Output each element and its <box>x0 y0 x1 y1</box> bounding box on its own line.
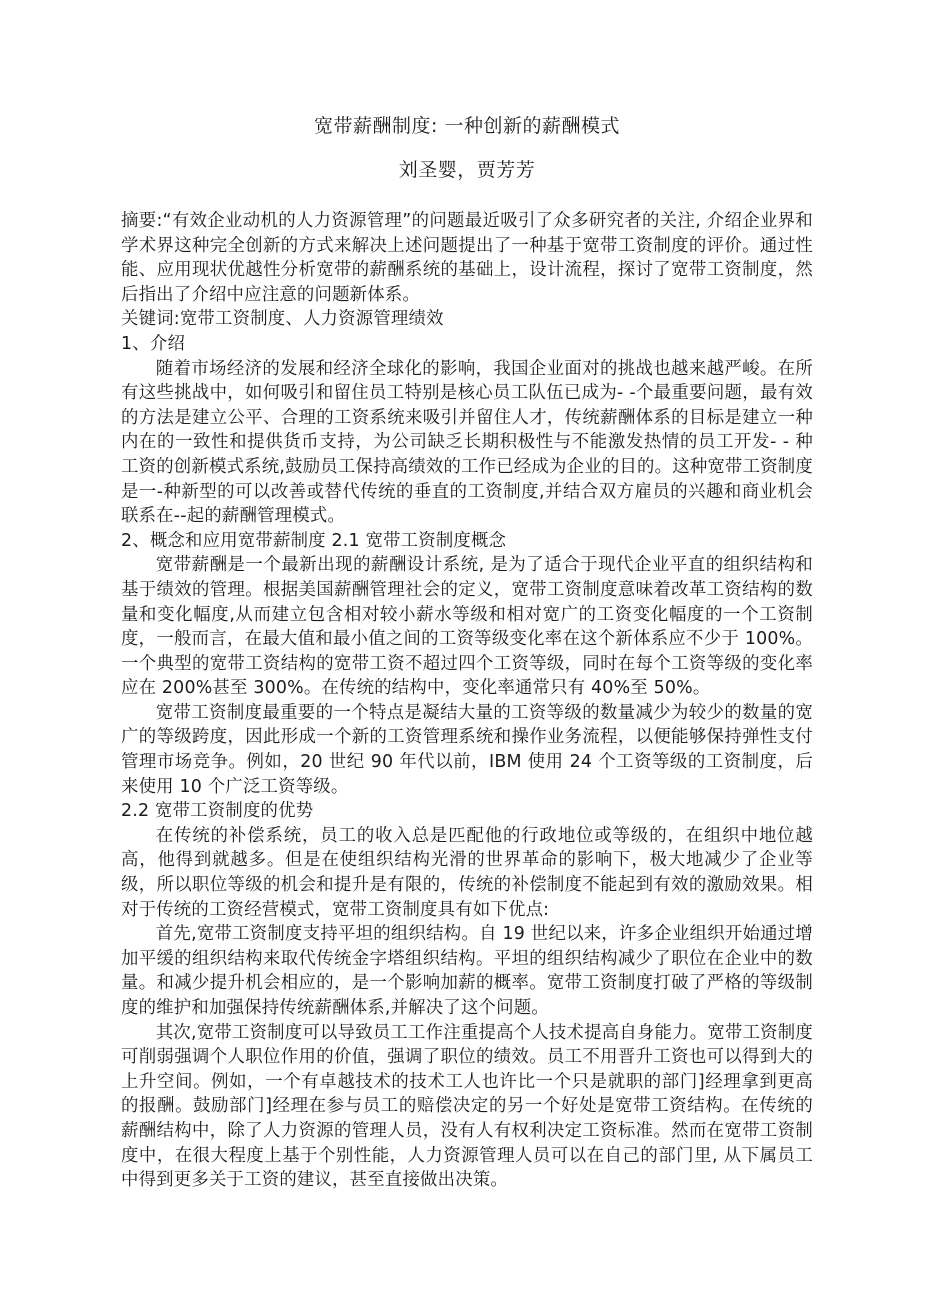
concept-paragraph-2: 宽带工资制度最重要的一个特点是凝结大量的工资等级的数量减少为较少的数量的宽广的等… <box>121 701 813 799</box>
advantage-paragraph-1: 在传统的补偿系统，员工的收入总是匹配他的行政地位或等级的，在组织中地位越高，他得… <box>121 824 813 922</box>
document-body: 摘要:“有效企业动机的人力资源管理”的问题最近吸引了众多研究者的关注, 介绍企业… <box>121 209 813 1193</box>
abstract-paragraph: 摘要:“有效企业动机的人力资源管理”的问题最近吸引了众多研究者的关注, 介绍企业… <box>121 209 813 307</box>
section-2-heading: 2、概念和应用宽带薪制度 2.1 宽带工资制度概念 <box>121 529 813 554</box>
document-title: 宽带薪酬制度: 一种创新的薪酬模式 <box>121 112 813 140</box>
advantage-paragraph-2: 首先,宽带工资制度支持平坦的组织结构。自 19 世纪以来，许多企业组织开始通过增… <box>121 922 813 1020</box>
advantage-paragraph-3: 其次,宽带工资制度可以导致员工工作注重提高个人技术提高自身能力。宽带工资制度可削… <box>121 1021 813 1193</box>
keywords-line: 关键词:宽带工资制度、人力资源管理绩效 <box>121 307 813 332</box>
intro-paragraph: 随着市场经济的发展和经济全球化的影响，我国企业面对的挑战也越来越严峻。在所有这些… <box>121 357 813 529</box>
section-2-2-heading: 2.2 宽带工资制度的优势 <box>121 799 813 824</box>
document-authors: 刘圣婴，贾芳芳 <box>121 156 813 184</box>
section-1-heading: 1、介绍 <box>121 332 813 357</box>
document-page: 宽带薪酬制度: 一种创新的薪酬模式 刘圣婴，贾芳芳 摘要:“有效企业动机的人力资… <box>0 0 926 1309</box>
concept-paragraph-1: 宽带薪酬是一个最新出现的薪酬设计系统, 是为了适合于现代企业平直的组织结构和基于… <box>121 553 813 701</box>
